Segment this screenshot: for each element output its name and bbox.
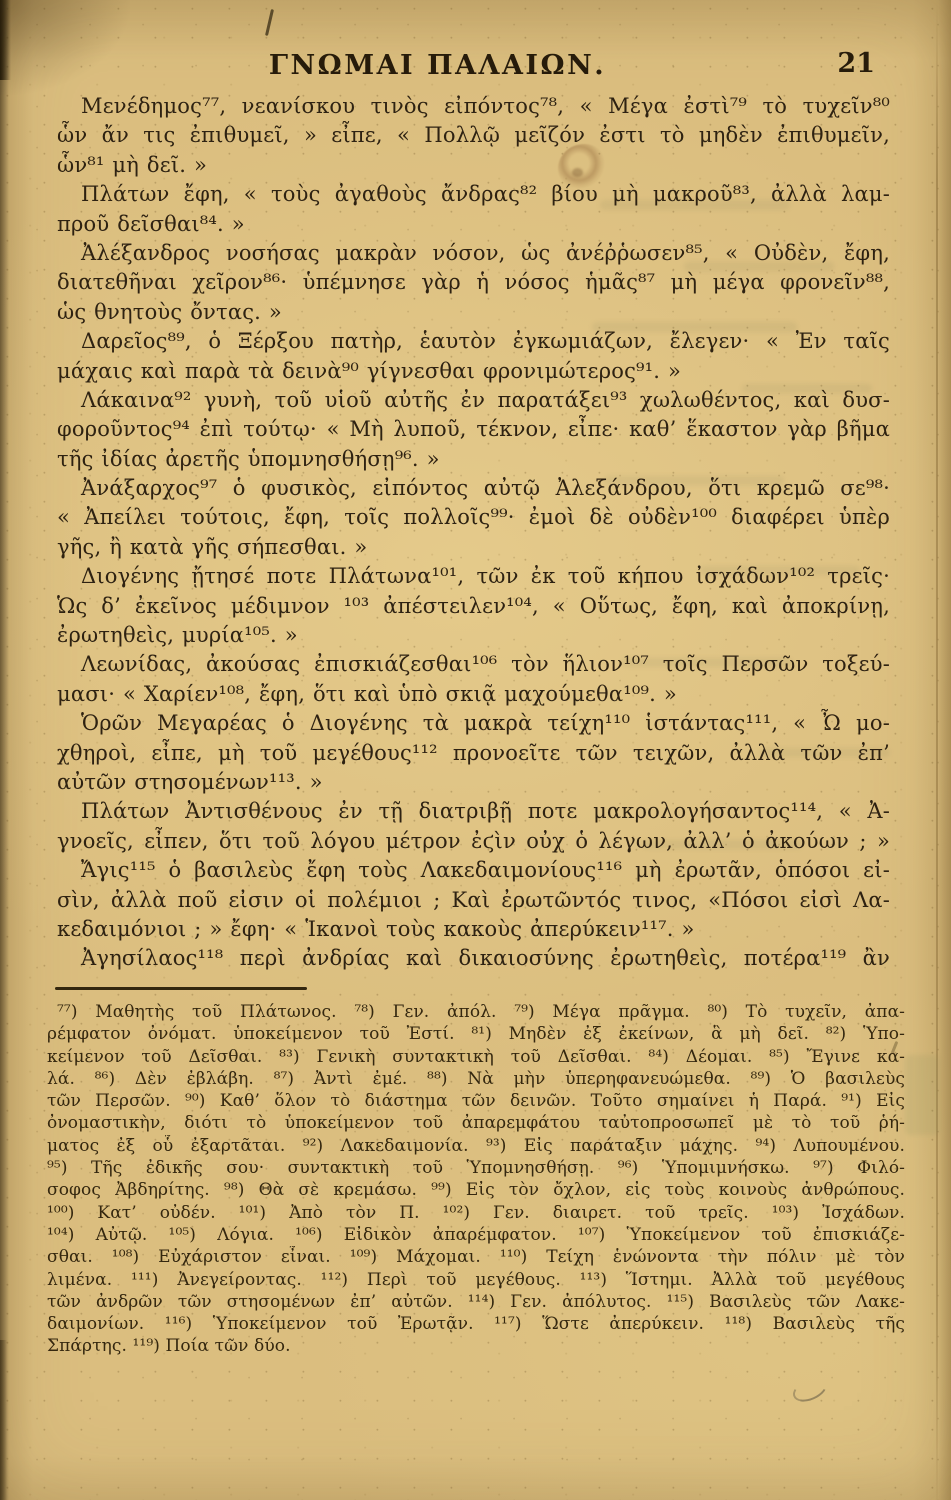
pencil-squiggle xyxy=(789,1373,830,1407)
footnote-line: σοφος Ἀβδηρίτης. ⁹⁸) Θὰ σὲ κρεμάσω. ⁹⁹) … xyxy=(47,1179,905,1201)
running-title: ΓΝΩΜΑΙ ΠΑΛΑΙΩΝ. xyxy=(0,50,875,81)
footnote-line: ὀνομαστικὴν, διότι τὸ ὑποκείμενον τοῦ ἀπ… xyxy=(47,1112,905,1134)
text-line: αὐτῶν στησομένων¹¹³. » xyxy=(57,768,890,797)
show-through-mark xyxy=(905,1055,939,1135)
text-line: χθηροὶ, εἶπε, μὴ τοῦ μεγέθους¹¹² προνοεῖ… xyxy=(57,739,890,768)
scanned-book-page: ΓΝΩΜΑΙ ΠΑΛΑΙΩΝ. 21 Μενέδημος⁷⁷, νεανίσκο… xyxy=(0,0,951,1500)
page-edge-shadow-right xyxy=(938,0,951,1500)
pen-mark-top xyxy=(265,9,274,36)
footnote-line: Σπάρτης. ¹¹⁹) Ποία τῶν δύο. xyxy=(47,1335,905,1357)
text-line: « Ἀπείλει τούτοις, ἔφη, τοῖς πολλοῖς⁹⁹· … xyxy=(57,503,890,532)
text-line: μάχαις καὶ παρὰ τὰ δεινὰ⁹⁰ γίγνεσθαι φρο… xyxy=(57,357,890,386)
footnote-line: ματος ἐξ οὗ ἐξαρτᾶται. ⁹²) Λακεδαιμονία.… xyxy=(47,1135,905,1157)
footnote-line: λά. ⁸⁶) Δὲν ἐβλάβη. ⁸⁷) Ἀντὶ ἐμέ. ⁸⁸) Νὰ… xyxy=(47,1068,905,1090)
footnote-line: λιμένα. ¹¹¹) Ἀνεγείροντας. ¹¹²) Περὶ τοῦ… xyxy=(47,1269,905,1291)
footnote-line: ρέμφατον ὀνόματ. ὑποκείμενον τοῦ Ἐστί. ⁸… xyxy=(47,1023,905,1045)
text-line: Πλάτων Ἀντισθένους ἐν τῇ διατριβῇ ποτε μ… xyxy=(57,797,890,826)
footnote-line: δαιμονίων. ¹¹⁶) Ὑποκείμενον τοῦ Ἐρωτᾷν. … xyxy=(47,1313,905,1335)
text-line: Δαρεῖος⁸⁹, ὁ Ξέρξου πατὴρ, ἑαυτὸν ἐγκωμι… xyxy=(57,327,890,356)
footnote-line: κείμενον τοῦ Δεῖσθαι. ⁸³) Γενικὴ συντακτ… xyxy=(47,1046,905,1068)
text-line: φοροῦντος⁹⁴ ἐπὶ τούτῳ· « Μὴ λυποῦ, τέκνο… xyxy=(57,415,890,444)
text-line: σὶν, ἀλλὰ ποῦ εἰσιν οἱ πολέμιοι ; Καὶ ἐρ… xyxy=(57,886,890,915)
text-line: Ὡς δ’ ἐκεῖνος μέδιμνον ¹⁰³ ἀπέστειλεν¹⁰⁴… xyxy=(57,592,890,621)
text-line: κεδαιμόνιοι ; » ἔφη· « Ἱκανοὶ τοὺς κακοὺ… xyxy=(57,915,890,944)
text-line: προῦ δεῖσθαι⁸⁴. » xyxy=(57,210,890,239)
footnote-separator-rule xyxy=(55,987,307,990)
footnote-line: τῶν ἀνδρῶν τῶν στησομένων ἐπ’ αὐτῶν. ¹¹⁴… xyxy=(47,1291,905,1313)
page-number: 21 xyxy=(837,48,875,79)
text-line: Ἀνάξαρχος⁹⁷ ὁ φυσικὸς, εἰπόντος αὐτῷ Ἀλε… xyxy=(57,474,890,503)
footnote-line: τῶν Περσῶν. ⁹⁰) Καθ’ ὅλον τὸ διάστημα τῶ… xyxy=(47,1090,905,1112)
text-line: ὧν⁸¹ μὴ δεῖ. » xyxy=(57,151,890,180)
text-line: Διογένης ᾔτησέ ποτε Πλάτωνα¹⁰¹, τῶν ἐκ τ… xyxy=(57,562,890,591)
footnote-line: ¹⁰⁰) Κατ’ οὐδέν. ¹⁰¹) Ἀπὸ τὸν Π. ¹⁰²) Γε… xyxy=(47,1202,905,1224)
text-line: γνοεῖς, εἶπεν, ὅτι τοῦ λόγου μέτρον ἐϛὶν… xyxy=(57,827,890,856)
text-line: Πλάτων ἔφη, « τοὺς ἀγαθοὺς ἄνδρας⁸² βίου… xyxy=(57,180,890,209)
text-line: ὡς θνητοὺς ὄντας. » xyxy=(57,298,890,327)
text-line: τῆς ἰδίας ἀρετῆς ὑπομνησθήσῃ⁹⁶. » xyxy=(57,445,890,474)
text-line: διατεθῆναι χεῖρον⁸⁶· ὑπέμνησε γὰρ ἡ νόσο… xyxy=(57,268,890,297)
text-line: Μενέδημος⁷⁷, νεανίσκου τινὸς εἰπόντος⁷⁸,… xyxy=(57,92,890,121)
text-line: μασι· « Χαρίεν¹⁰⁸, ἔφη, ὅτι καὶ ὑπὸ σκιᾷ… xyxy=(57,680,890,709)
footnote-line: ⁹⁵) Τῆς ἐδικῆς σου· συντακτικὴ τοῦ Ὑπομν… xyxy=(47,1157,905,1179)
text-line: Λάκαινα⁹² γυνὴ, τοῦ υἱοῦ αὐτῆς ἐν παρατά… xyxy=(57,386,890,415)
text-line: ὧν ἄν τις ἐπιθυμεῖ, » εἶπε, « Πολλῷ μεῖζ… xyxy=(57,121,890,150)
footnotes-block: ⁷⁷) Μαθητὴς τοῦ Πλάτωνος. ⁷⁸) Γεν. ἀπόλ.… xyxy=(47,1001,905,1358)
page-edge-shadow-left xyxy=(0,0,9,1500)
text-line: ἐρωτηθεὶς, μυρία¹⁰⁵. » xyxy=(57,621,890,650)
text-line: γῆς, ἢ κατὰ γῆς σήπεσθαι. » xyxy=(57,533,890,562)
text-line: Ἀγησίλαος¹¹⁸ περὶ ἀνδρίας καὶ δικαιοσύνη… xyxy=(57,944,890,973)
footnote-line: ¹⁰⁴) Αὐτῷ. ¹⁰⁵) Λόγια. ¹⁰⁶) Εἰδικὸν ἀπαρ… xyxy=(47,1224,905,1246)
page-edge-shadow-left-bottom xyxy=(0,1340,7,1500)
footnote-line: ⁷⁷) Μαθητὴς τοῦ Πλάτωνος. ⁷⁸) Γεν. ἀπόλ.… xyxy=(47,1001,905,1023)
text-line: Ἄγις¹¹⁵ ὁ βασιλεὺς ἔφη τοὺς Λακεδαιμονίο… xyxy=(57,856,890,885)
text-line: Λεωνίδας, ἀκούσας ἐπισκιάζεσθαι¹⁰⁶ τὸν ἥ… xyxy=(57,650,890,679)
text-line: Ἀλέξανδρος νοσήσας μακρὰν νόσον, ὡς ἀνέῤ… xyxy=(57,239,890,268)
text-line: Ὁρῶν Μεγαρέας ὁ Διογένης τὰ μακρὰ τείχη¹… xyxy=(57,709,890,738)
main-text-block: Μενέδημος⁷⁷, νεανίσκου τινὸς εἰπόντος⁷⁸,… xyxy=(57,92,890,974)
footnote-line: σθαι. ¹⁰⁸) Εὐχάριστον εἶναι. ¹⁰⁹) Μάχομα… xyxy=(47,1246,905,1268)
